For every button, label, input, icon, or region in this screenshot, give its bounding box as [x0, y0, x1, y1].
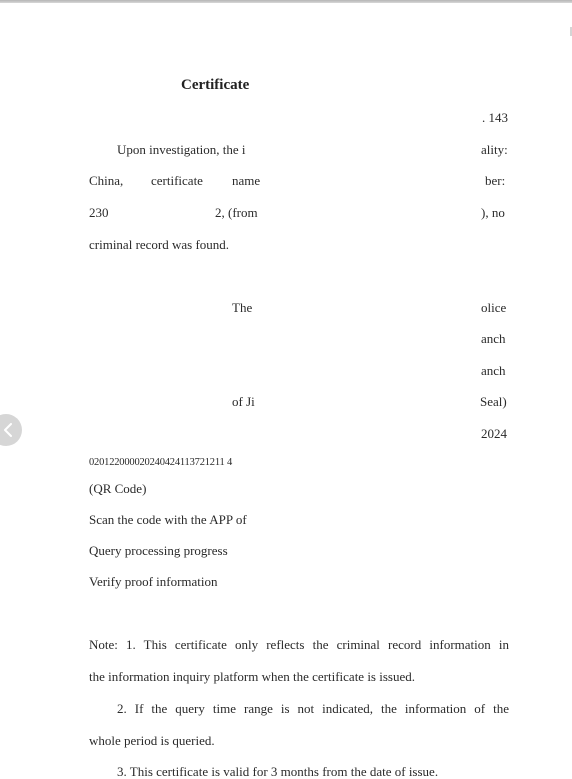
note-3: 3. This certificate is valid for 3 month…: [117, 764, 537, 779]
body-fragment-number: . 143: [482, 110, 508, 126]
scan-instruction: Scan the code with the APP of: [89, 512, 247, 528]
note-1-line-1: Note: 1. This certificate only reflects …: [89, 637, 509, 653]
issuer-right-2: anch: [481, 331, 506, 347]
body-line-1-right: ality:: [481, 142, 508, 158]
chevron-left-icon: [4, 423, 12, 437]
note-1-line-2: the information inquiry platform when th…: [89, 669, 509, 685]
body-line-2-word-3: name: [232, 173, 260, 189]
query-progress-text: Query processing progress: [89, 543, 228, 559]
qr-code-label: (QR Code): [89, 481, 146, 497]
body-line-3-right: ), no: [481, 205, 505, 221]
issuer-date-year: 2024: [481, 426, 507, 442]
issuer-right-1: olice: [481, 300, 506, 316]
issuer-seal: Seal): [480, 394, 507, 410]
verify-proof-text: Verify proof information: [89, 574, 218, 590]
body-line-3-left: 230: [89, 205, 109, 221]
document-page: Certificate . 143 Upon investigation, th…: [0, 3, 572, 779]
issuer-right-3: anch: [481, 363, 506, 379]
body-line-4: criminal record was found.: [89, 237, 229, 253]
body-line-1-left: Upon investigation, the i: [117, 142, 246, 158]
body-line-3-mid: 2, (from: [215, 205, 258, 221]
body-line-2-right: ber:: [485, 173, 505, 189]
body-line-2-word-2: certificate: [151, 173, 203, 189]
issuer-left-4: of Ji: [232, 394, 255, 410]
body-line-2-word-1: China,: [89, 173, 123, 189]
certificate-title: Certificate: [181, 77, 249, 94]
verification-code-number: 020122000020240424113721211 4: [89, 455, 232, 471]
note-2-line-1: 2. If the query time range is not indica…: [117, 701, 509, 717]
issuer-left-1: The: [232, 300, 252, 316]
note-2-line-2: whole period is queried.: [89, 733, 509, 749]
page-header-residue: · · · · · · ·: [255, 0, 310, 6]
